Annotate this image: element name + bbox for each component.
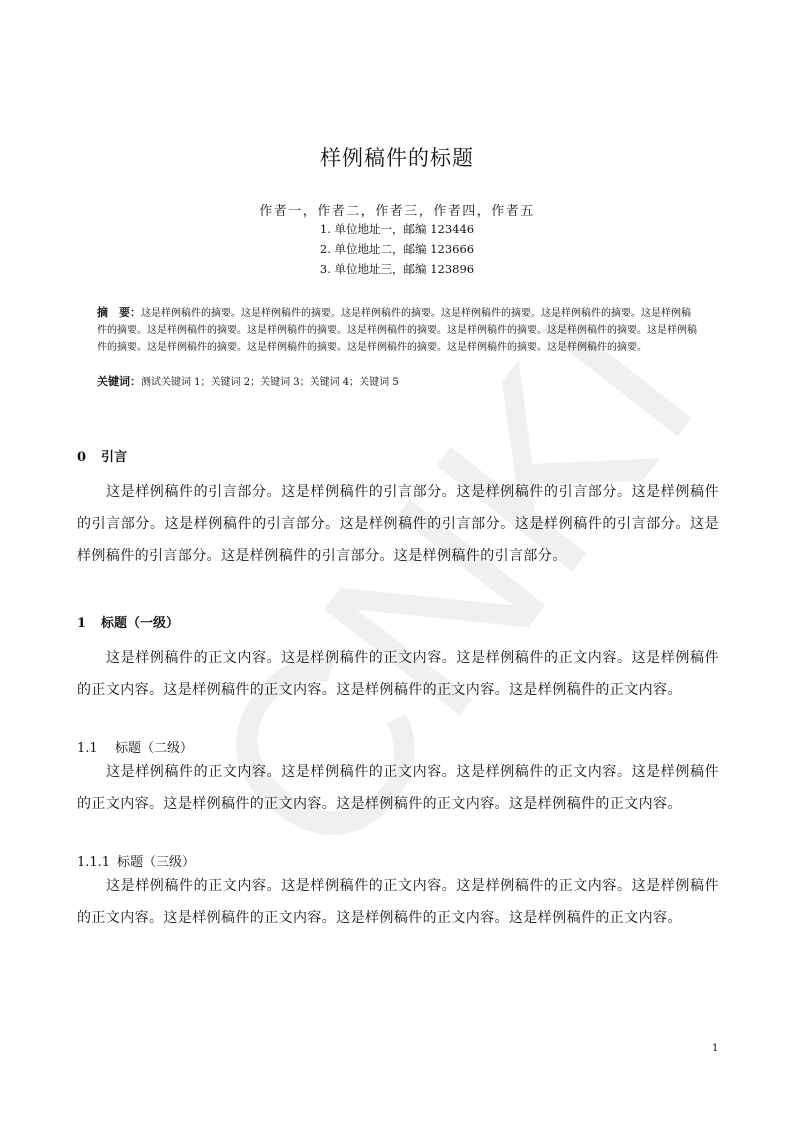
subsection-body: 这是样例稿件的正文内容。这是样例稿件的正文内容。这是样例稿件的正文内容。这是样例…: [77, 756, 719, 820]
abstract: 摘 要：这是样例稿件的摘要。这是样例稿件的摘要。这是样例稿件的摘要。这是样例稿件…: [97, 304, 699, 356]
subsection-title: 标题（二级）: [115, 741, 193, 756]
section-number: 0: [77, 450, 101, 465]
section-body-intro: 这是样例稿件的引言部分。这是样例稿件的引言部分。这是样例稿件的引言部分。这是样例…: [77, 476, 719, 572]
subsection-heading: 1.1标题（二级）: [77, 737, 193, 756]
section-title: 引言: [101, 450, 127, 465]
keywords-text: 测试关键词 1；关键词 2；关键词 3；关键词 4；关键词 5: [141, 377, 399, 388]
affiliation-1: 1. 单位地址一，邮编 123446: [0, 221, 794, 237]
page-number: 1: [712, 1043, 718, 1054]
section-heading-intro: 0引言: [77, 446, 127, 465]
subsubsection-heading: 1.1.1标题（三级）: [77, 851, 195, 870]
author-list: 作者一，作者二，作者三，作者四，作者五: [0, 200, 794, 219]
subsubsection-body: 这是样例稿件的正文内容。这是样例稿件的正文内容。这是样例稿件的正文内容。这是样例…: [77, 870, 719, 934]
keywords-label: 关键词：: [97, 375, 141, 388]
subsection-number: 1.1: [77, 741, 115, 756]
subsubsection-number: 1.1.1: [77, 855, 117, 870]
affiliation-2: 2. 单位地址二，邮编 123666: [0, 241, 794, 257]
section-heading-1: 1标题（一级）: [77, 612, 179, 631]
abstract-text: 这是样例稿件的摘要。这是样例稿件的摘要。这是样例稿件的摘要。这是样例稿件的摘要。…: [97, 308, 697, 353]
subsubsection-title: 标题（三级）: [117, 855, 195, 870]
abstract-label: 摘 要：: [97, 306, 141, 319]
paper-title: 样例稿件的标题: [0, 142, 794, 172]
section-title: 标题（一级）: [101, 616, 179, 631]
section-body-1: 这是样例稿件的正文内容。这是样例稿件的正文内容。这是样例稿件的正文内容。这是样例…: [77, 642, 719, 706]
section-number: 1: [77, 616, 101, 631]
affiliation-3: 3. 单位地址三，邮编 123896: [0, 261, 794, 277]
keywords: 关键词：测试关键词 1；关键词 2；关键词 3；关键词 4；关键词 5: [97, 373, 699, 389]
